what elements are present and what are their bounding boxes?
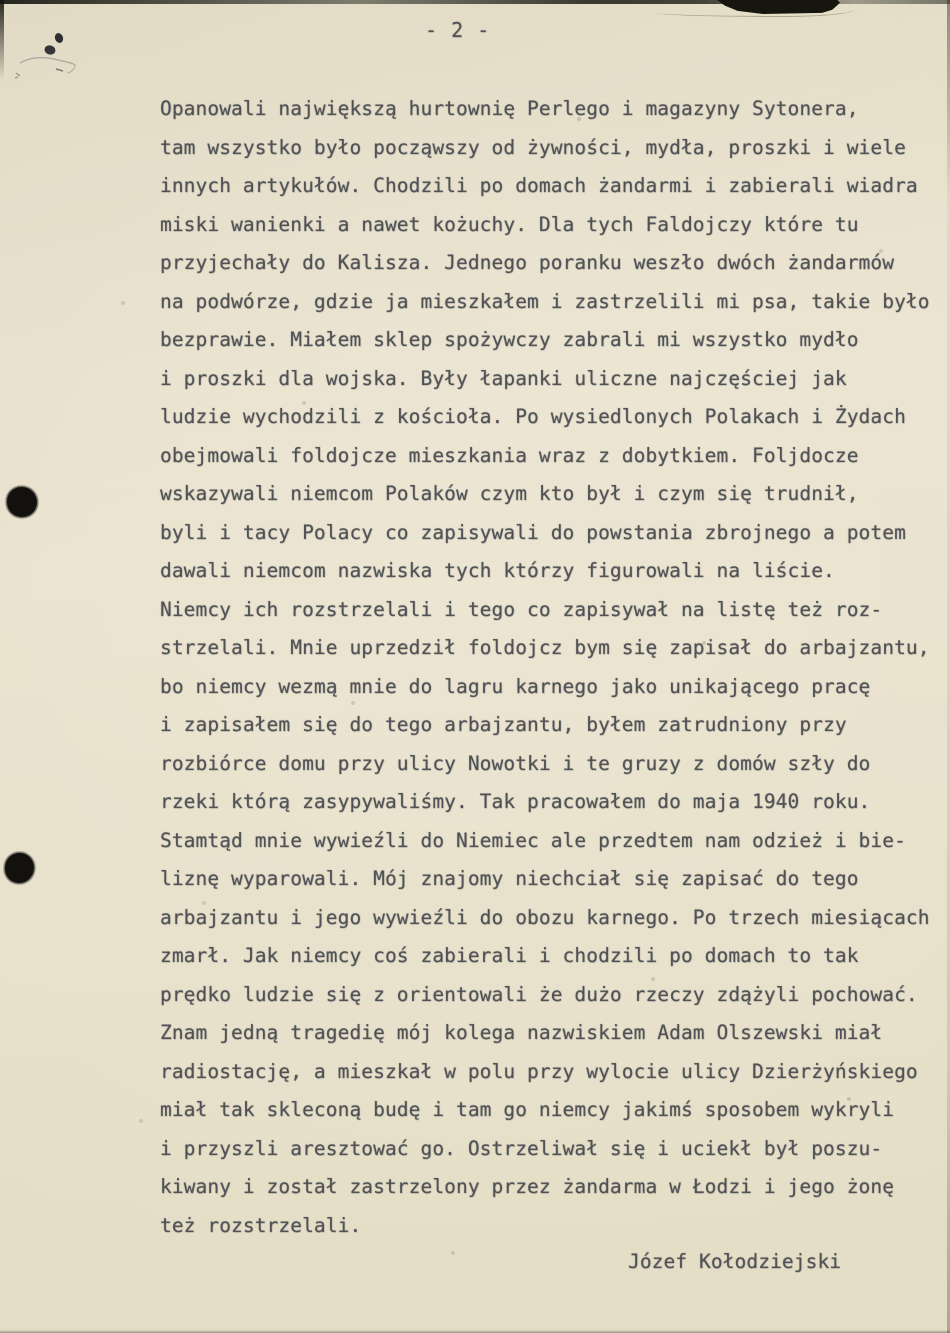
text-line: miski wanienki a nawet kożuchy. Dla tych… — [160, 206, 950, 245]
text-line: innych artykułów. Chodzili po domach żan… — [160, 167, 950, 206]
text-line: na podwórze, gdzie ja mieszkałem i zastr… — [160, 283, 950, 322]
text-line: przyjechały do Kalisza. Jednego poranku … — [160, 244, 950, 283]
hole-punch-bottom — [5, 853, 34, 883]
text-line: Znam jedną tragedię mój kolega nazwiskie… — [160, 1014, 950, 1053]
text-line: tam wszystko było począwszy od żywności,… — [160, 129, 950, 168]
typed-text: Opanowali największą hurtownię Perlego i… — [160, 90, 950, 1245]
text-line: liznę wyparowali. Mój znajomy niechciał … — [160, 860, 950, 899]
text-line: ludzie wychodzili z kościoła. Po wysiedl… — [160, 398, 950, 437]
text-line: Opanowali największą hurtownię Perlego i… — [160, 90, 950, 129]
hole-punch-top — [7, 487, 37, 517]
text-line: rzeki którą zasypywaliśmy. Tak pracowałe… — [160, 783, 950, 822]
text-line: kiwany i został zastrzelony przez żandar… — [160, 1168, 950, 1207]
text-line: miał tak skleconą budę i tam go niemcy j… — [160, 1091, 950, 1130]
scanned-document-page: - 2 - Opanowali największą hurtownię Per… — [0, 0, 950, 1333]
text-line: Niemcy ich rozstrzelali i tego co zapisy… — [160, 591, 950, 630]
page-number: - 2 - — [425, 18, 490, 42]
paper-crease — [655, 5, 855, 17]
text-line: byli i tacy Polacy co zapisywali do pows… — [160, 514, 950, 553]
text-line: Stamtąd mnie wywieźli do Niemiec ale prz… — [160, 822, 950, 861]
text-line: i zapisałem się do tego arbajzantu, byłe… — [160, 706, 950, 745]
text-line: radiostację, a mieszkał w polu przy wylo… — [160, 1053, 950, 1092]
text-line: bo niemcy wezmą mnie do lagru karnego ja… — [160, 668, 950, 707]
text-line: strzelali. Mnie uprzedził foldojcz bym s… — [160, 629, 950, 668]
text-line: arbajzantu i jego wywieźli do obozu karn… — [160, 899, 950, 938]
text-line: zmarł. Jak niemcy coś zabierali i chodzi… — [160, 937, 950, 976]
text-line: wskazywali niemcom Polaków czym kto był … — [160, 475, 950, 514]
text-line: obejmowali foldojcze mieszkania wraz z d… — [160, 437, 950, 476]
text-line: bezprawie. Miałem sklep spożywczy zabral… — [160, 321, 950, 360]
text-line: i przyszli aresztować go. Ostrzeliwał si… — [160, 1130, 950, 1169]
text-line: też rozstrzelali. — [160, 1207, 950, 1246]
text-line: rozbiórce domu przy ulicy Nowotki i te g… — [160, 745, 950, 784]
signature: Józef Kołodziejski — [628, 1250, 841, 1273]
text-line: i proszki dla wojska. Były łapanki ulicz… — [160, 360, 950, 399]
pencil-marks — [0, 0, 140, 110]
text-line: prędko ludzie się z orientowali że dużo … — [160, 976, 950, 1015]
text-line: dawali niemcom nazwiska tych którzy figu… — [160, 552, 950, 591]
